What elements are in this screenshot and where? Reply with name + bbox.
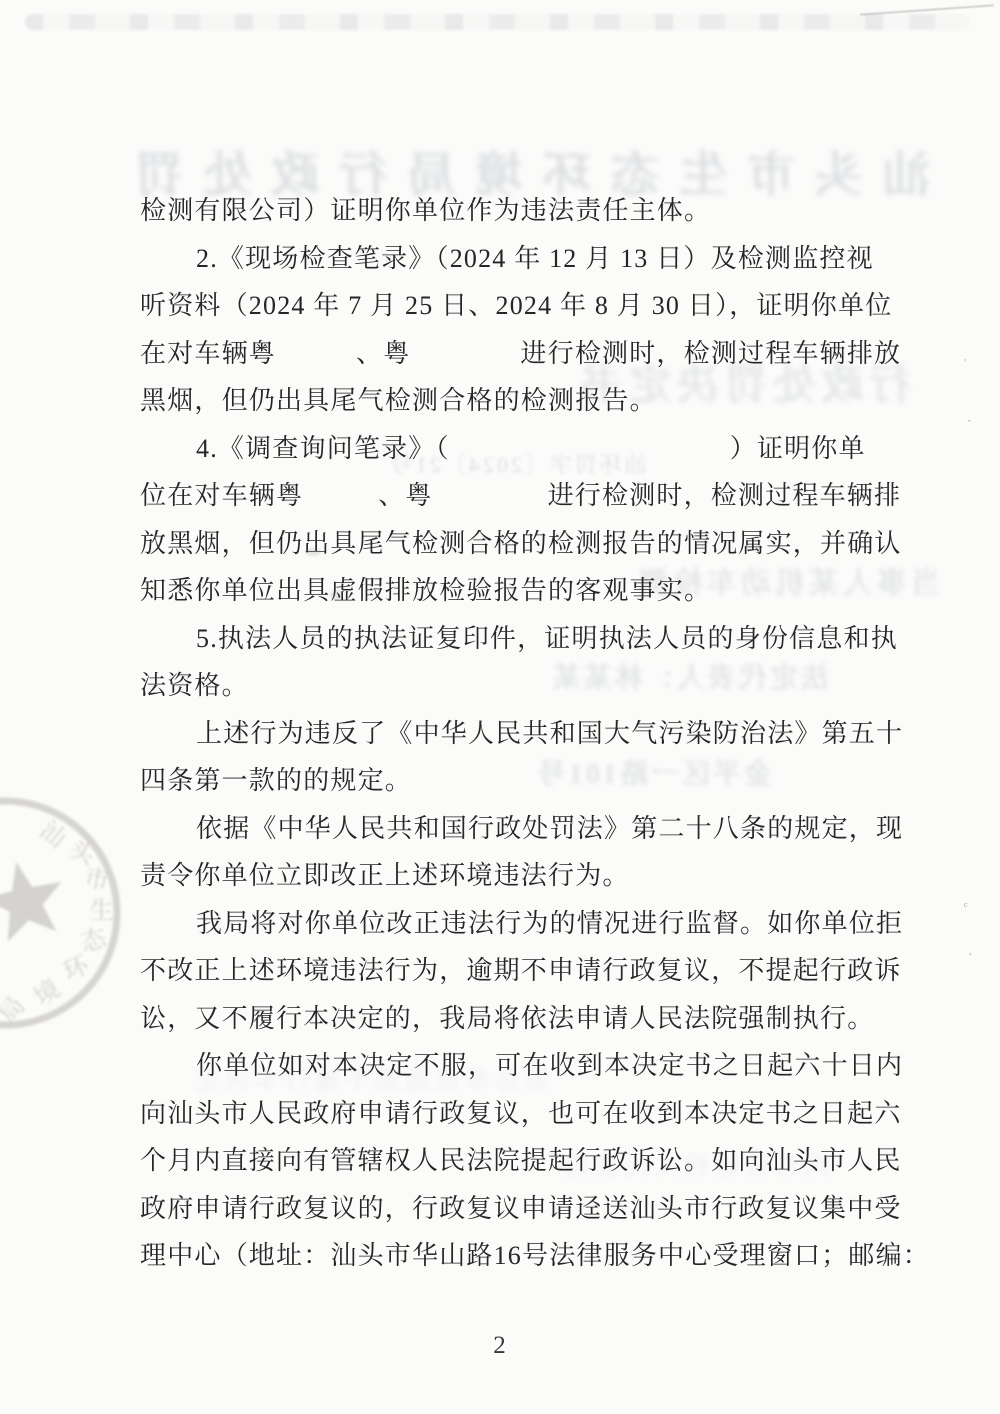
bleedthrough-frag2: 法定代表人：林某某	[550, 656, 829, 696]
page-number: 2	[0, 1332, 1000, 1360]
doc-line-18: 讼，又不履行本决定的，我局将依法申请人民法院强制执行。	[140, 998, 874, 1035]
doc-line-10: 5.执法人员的执法证复印件，证明执法人员的身份信息和执	[196, 618, 898, 655]
doc-line-6: 4.《调查询问笔录》（）证明你单	[196, 428, 866, 465]
scan-smudge	[305, 548, 321, 556]
doc-line-7-text: 、粤	[378, 475, 432, 512]
doc-line-9: 知悉你单位出具虚假排放检验报告的客观事实。	[140, 570, 711, 607]
doc-line-4-text: 进行检测时，检测过程车辆排放	[520, 333, 901, 370]
scan-speck: ʾ	[963, 358, 968, 374]
redaction-blank	[276, 333, 356, 334]
doc-line-4-text: 在对车辆粤	[140, 333, 276, 370]
seal-ring-char: 市	[82, 863, 112, 896]
doc-line-7: 位在对车辆粤、粤进行检测时，检测过程车辆排	[140, 475, 901, 512]
doc-line-17: 不改正上述环境违法行为，逾期不申请行政复议，不提起行政诉	[140, 950, 902, 987]
bleedthrough-frag3: 金平区一路101号	[535, 752, 772, 792]
seal-ring-char: 环	[59, 951, 94, 986]
seal-ring-char: 生	[89, 897, 114, 925]
doc-line-4-text: 、粤	[356, 333, 410, 370]
doc-line-13: 四条第一款的的规定。	[140, 760, 412, 797]
redaction-blank	[410, 333, 520, 334]
doc-line-7-text: 位在对车辆粤	[140, 475, 303, 512]
scan-speck: ᶜ	[964, 900, 968, 916]
doc-line-14: 依据《中华人民共和国行政处罚法》第二十八条的规定，现	[196, 808, 903, 845]
scan-smudge	[330, 590, 342, 600]
doc-line-19: 你单位如对本决定不服，可在收到本决定书之日起六十日内	[196, 1045, 903, 1082]
doc-line-7-text: 进行检测时，检测过程车辆排	[548, 475, 902, 512]
doc-line-5: 黑烟，但仍出具尾气检测合格的检测报告。	[140, 380, 657, 417]
scan-speck: ·	[968, 948, 973, 964]
doc-line-21: 个月内直接向有管辖权人民法院提起行政诉讼。如向汕头市人民	[140, 1140, 902, 1177]
doc-line-6-text: 4.《调查询问笔录》（	[196, 428, 450, 465]
doc-line-15: 责令你单位立即改正上述环境违法行为。	[140, 855, 630, 892]
seal-ring-char: 态	[78, 924, 109, 957]
scan-speck: ˎ	[967, 408, 972, 424]
doc-line-6-text: ）证明你单	[730, 428, 866, 465]
doc-line-11: 法资格。	[140, 665, 249, 702]
doc-line-22: 政府申请行政复议的，行政复议申请迳送汕头市行政复议集中受	[140, 1188, 902, 1225]
redaction-blank	[303, 475, 378, 476]
seal-ring-char: 境	[29, 974, 66, 1011]
doc-line-3: 听资料（2024 年 7 月 25 日、2024 年 8 月 30 日），证明你…	[140, 285, 892, 322]
scanned-document-page: 汕头市生态环境局行政处罚 行政处罚决定书 汕环罚字〔2024〕21号 当事人某机…	[0, 0, 1000, 1414]
doc-line-2: 2.《现场检查笔录》（2024 年 12 月 13 日）及检测监控视	[196, 238, 874, 275]
doc-line-1: 检测有限公司）证明你单位作为违法责任主体。	[140, 190, 711, 227]
official-seal-stamp: 汕 头 市 生 态 环 境 局	[0, 783, 140, 1053]
redaction-blank	[433, 475, 548, 476]
seal-star-icon	[0, 854, 71, 945]
doc-line-8: 放黑烟，但仍出具尾气检测合格的检测报告的情况属实，并确认	[140, 523, 902, 560]
doc-line-16: 我局将对你单位改正违法行为的情况进行监督。如你单位拒	[196, 903, 903, 940]
doc-line-4: 在对车辆粤、粤进行检测时，检测过程车辆排放	[140, 333, 901, 370]
doc-line-20: 向汕头市人民政府申请行政复议，也可在收到本决定书之日起六	[140, 1093, 902, 1130]
scan-noise-band	[25, 14, 970, 30]
redaction-blank	[450, 428, 730, 429]
doc-line-12: 上述行为违反了《中华人民共和国大气污染防治法》第五十	[196, 713, 903, 750]
doc-line-23: 理中心（地址：汕头市华山路16号法律服务中心受理窗口；邮编：	[140, 1235, 930, 1272]
